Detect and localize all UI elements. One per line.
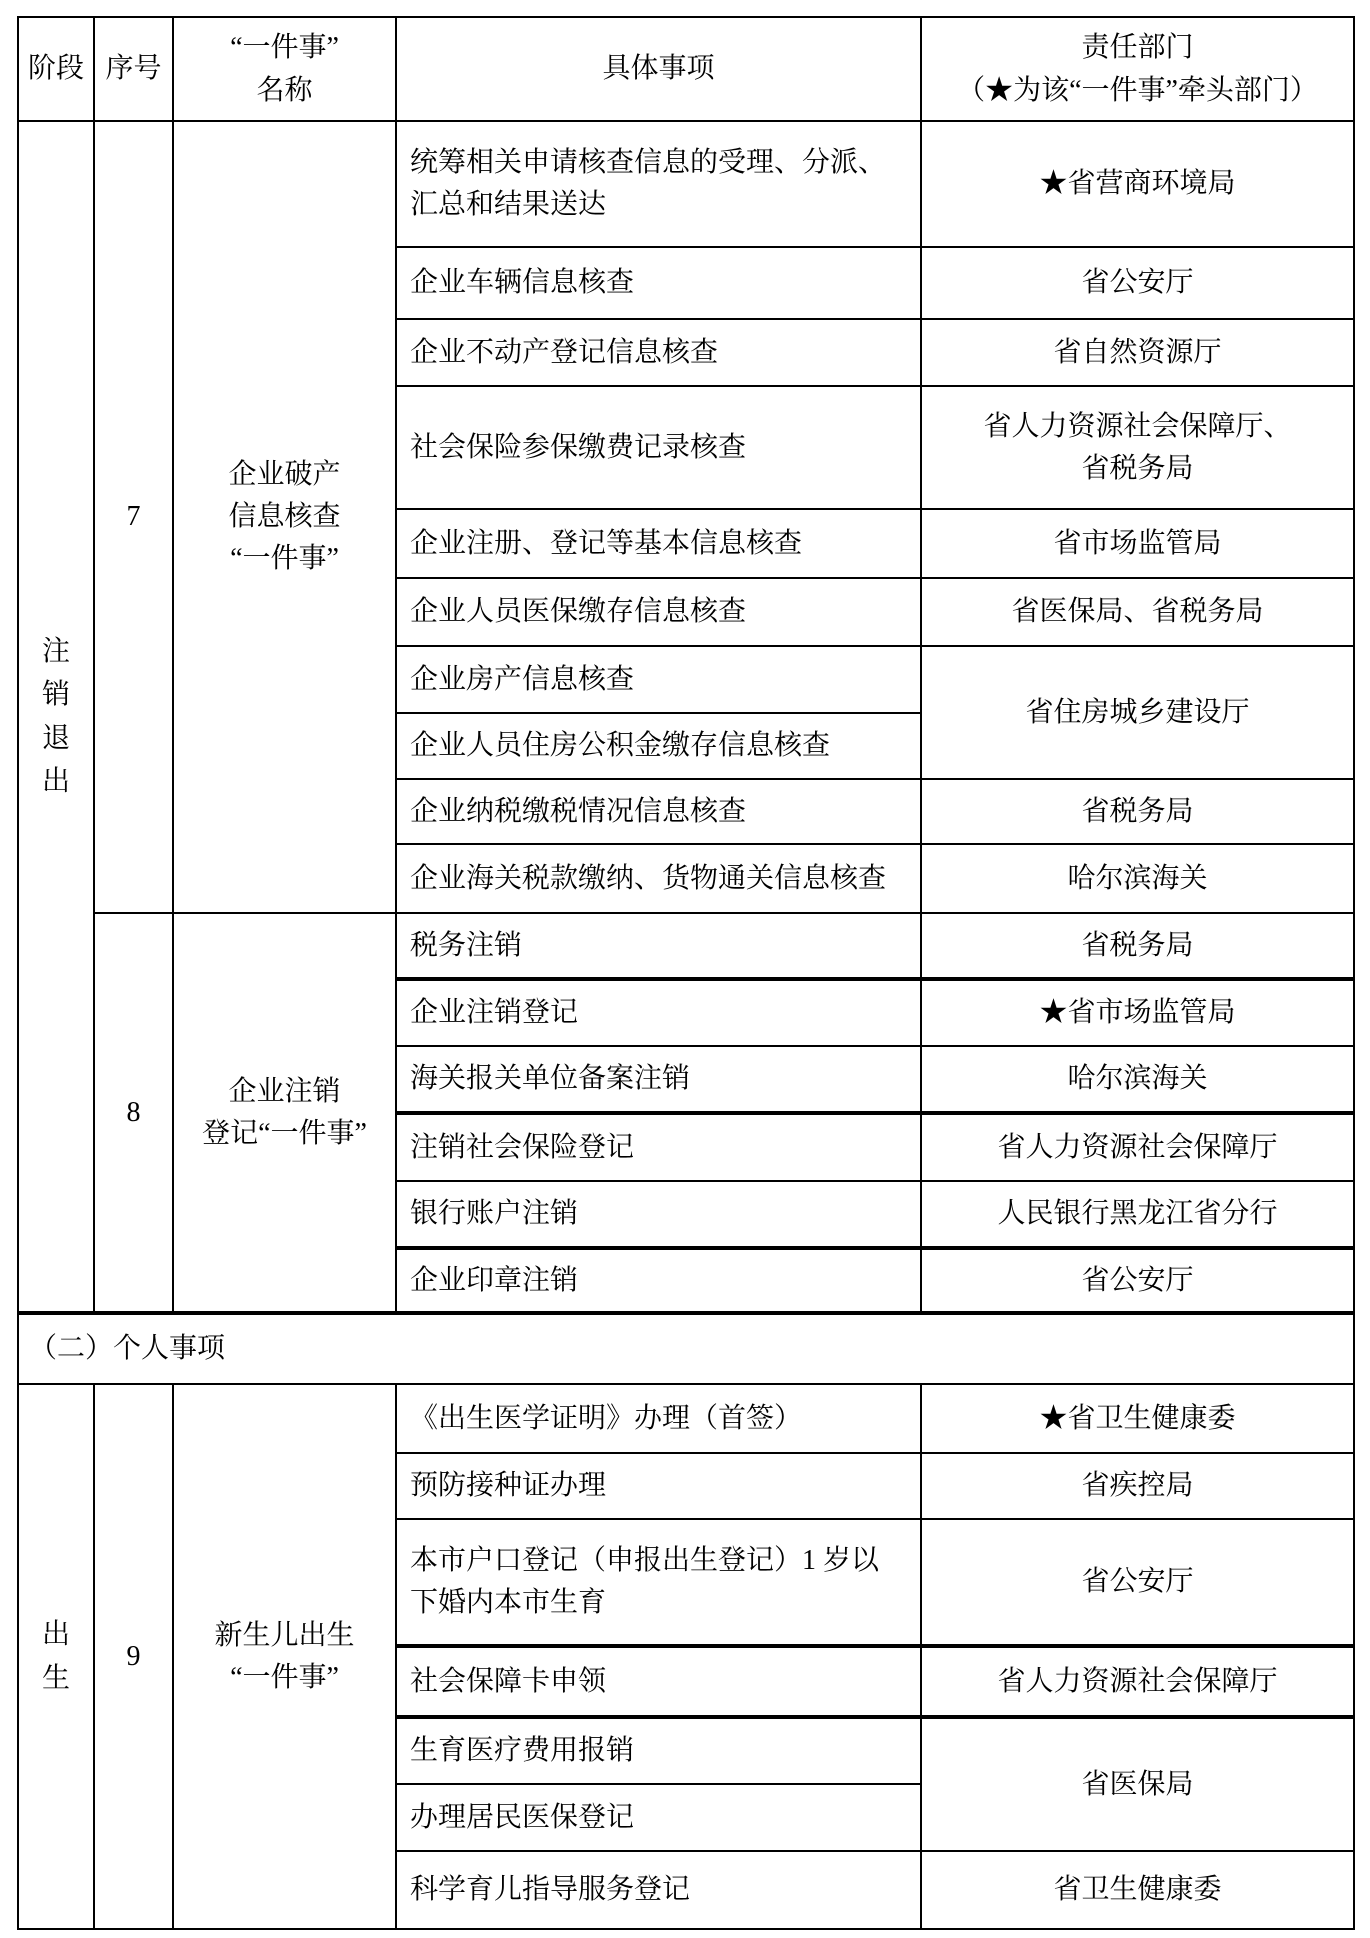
dept-cell-merged: 省住房城乡建设厅 bbox=[921, 646, 1354, 779]
dept-cell: 省卫生健康委 bbox=[921, 1851, 1354, 1929]
stage-cell-birth: 出生 bbox=[18, 1384, 94, 1929]
item-cell: 海关报关单位备案注销 bbox=[396, 1046, 921, 1113]
col-header-dept: 责任部门 （★为该“一件事”牵头部门） bbox=[921, 17, 1354, 121]
item-cell: 注销社会保险登记 bbox=[396, 1113, 921, 1181]
name-cell-group-8: 企业注销 登记“一件事” bbox=[173, 913, 396, 1313]
col-header-index: 序号 bbox=[94, 17, 173, 121]
item-cell: 本市户口登记（申报出生登记）1 岁以 下婚内本市生育 bbox=[396, 1519, 921, 1646]
index-cell-8: 8 bbox=[94, 913, 173, 1313]
item-cell: 企业房产信息核查 bbox=[396, 646, 921, 713]
dept-cell: 哈尔滨海关 bbox=[921, 1046, 1354, 1113]
item-cell: 企业人员住房公积金缴存信息核查 bbox=[396, 713, 921, 779]
dept-cell-merged: 省医保局 bbox=[921, 1717, 1354, 1851]
item-cell: 企业注销登记 bbox=[396, 979, 921, 1046]
dept-cell: 省人力资源社会保障厅 bbox=[921, 1646, 1354, 1717]
col-header-item: 具体事项 bbox=[396, 17, 921, 121]
table-row: 出生 9 新生儿出生 “一件事” 《出生医学证明》办理（首签） ★省卫生健康委 bbox=[18, 1384, 1354, 1453]
section-divider-row: （二）个人事项 bbox=[18, 1313, 1354, 1384]
item-cell: 统筹相关申请核查信息的受理、分派、 汇总和结果送达 bbox=[396, 121, 921, 247]
dept-cell: 省公安厅 bbox=[921, 1248, 1354, 1313]
item-cell: 社会保险参保缴费记录核查 bbox=[396, 386, 921, 509]
item-cell: 《出生医学证明》办理（首签） bbox=[396, 1384, 921, 1453]
dept-cell: 省市场监管局 bbox=[921, 509, 1354, 578]
item-cell: 企业印章注销 bbox=[396, 1248, 921, 1313]
item-cell: 社会保障卡申领 bbox=[396, 1646, 921, 1717]
dept-cell: ★省卫生健康委 bbox=[921, 1384, 1354, 1453]
item-cell: 生育医疗费用报销 bbox=[396, 1717, 921, 1784]
dept-cell: ★省市场监管局 bbox=[921, 979, 1354, 1046]
dept-cell: ★省营商环境局 bbox=[921, 121, 1354, 247]
item-cell: 企业注册、登记等基本信息核查 bbox=[396, 509, 921, 578]
stage-vertical-label: 注销退出 bbox=[41, 630, 71, 804]
index-cell-9: 9 bbox=[94, 1384, 173, 1929]
table-row: 8 企业注销 登记“一件事” 税务注销 省税务局 bbox=[18, 913, 1354, 979]
dept-cell: 人民银行黑龙江省分行 bbox=[921, 1181, 1354, 1248]
stage-vertical-label: 出生 bbox=[41, 1613, 71, 1700]
dept-cell: 省人力资源社会保障厅 bbox=[921, 1113, 1354, 1181]
item-cell: 预防接种证办理 bbox=[396, 1453, 921, 1519]
item-cell: 企业人员医保缴存信息核查 bbox=[396, 578, 921, 646]
item-cell: 税务注销 bbox=[396, 913, 921, 979]
dept-cell: 省税务局 bbox=[921, 913, 1354, 979]
dept-cell: 省自然资源厅 bbox=[921, 319, 1354, 386]
name-cell-group-7: 企业破产 信息核查 “一件事” bbox=[173, 121, 396, 913]
col-header-stage: 阶段 bbox=[18, 17, 94, 121]
one-matter-services-table: 阶段 序号 “一件事” 名称 具体事项 责任部门 （★为该“一件事”牵头部门） … bbox=[17, 16, 1355, 1930]
dept-cell: 省税务局 bbox=[921, 779, 1354, 844]
dept-cell: 省人力资源社会保障厅、 省税务局 bbox=[921, 386, 1354, 509]
dept-cell: 省公安厅 bbox=[921, 1519, 1354, 1646]
dept-cell: 省公安厅 bbox=[921, 247, 1354, 319]
col-header-name: “一件事” 名称 bbox=[173, 17, 396, 121]
item-cell: 企业纳税缴税情况信息核查 bbox=[396, 779, 921, 844]
document-page: 阶段 序号 “一件事” 名称 具体事项 责任部门 （★为该“一件事”牵头部门） … bbox=[17, 16, 1355, 1930]
item-cell: 企业不动产登记信息核查 bbox=[396, 319, 921, 386]
stage-cell-cancellation-exit: 注销退出 bbox=[18, 121, 94, 1313]
item-cell: 企业车辆信息核查 bbox=[396, 247, 921, 319]
dept-cell: 省疾控局 bbox=[921, 1453, 1354, 1519]
dept-cell: 哈尔滨海关 bbox=[921, 844, 1354, 913]
item-cell: 办理居民医保登记 bbox=[396, 1784, 921, 1851]
header-row: 阶段 序号 “一件事” 名称 具体事项 责任部门 （★为该“一件事”牵头部门） bbox=[18, 17, 1354, 121]
table-row: 注销退出 7 企业破产 信息核查 “一件事” 统筹相关申请核查信息的受理、分派、… bbox=[18, 121, 1354, 247]
item-cell: 科学育儿指导服务登记 bbox=[396, 1851, 921, 1929]
item-cell: 银行账户注销 bbox=[396, 1181, 921, 1248]
section-divider-label: （二）个人事项 bbox=[18, 1313, 1354, 1384]
name-cell-group-9: 新生儿出生 “一件事” bbox=[173, 1384, 396, 1929]
item-cell: 企业海关税款缴纳、货物通关信息核查 bbox=[396, 844, 921, 913]
index-cell-7: 7 bbox=[94, 121, 173, 913]
dept-cell: 省医保局、省税务局 bbox=[921, 578, 1354, 646]
